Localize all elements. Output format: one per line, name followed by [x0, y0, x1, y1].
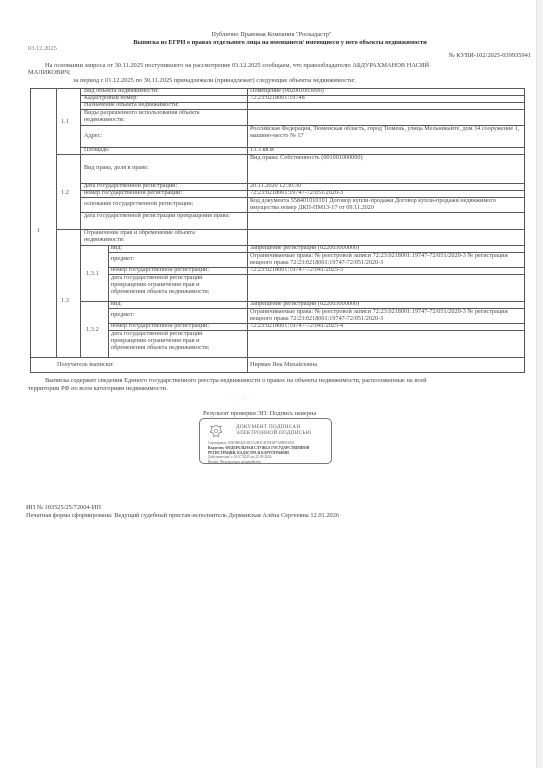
restriction-1-kind-label: вид:	[111, 245, 245, 252]
restrictions-header: Ограничение прав и обременение объекта н…	[84, 230, 234, 244]
electronic-signature-stamp: ДОКУМЕНТ ПОДПИСАН ЭЛЕКТРОННОЙ ПОДПИСЬЮ С…	[199, 418, 332, 464]
restriction-2-kind-value: Запрещение регистрации (022003000000)	[250, 301, 522, 308]
restriction-1-subject-value: Ограничиваемые права: № реестровой запис…	[250, 253, 522, 267]
document-date: 03.12.2025	[28, 45, 57, 52]
section-1-3-2: 1.3.2	[86, 326, 99, 333]
stamp-title-2: ЭЛЕКТРОННОЙ ПОДПИСЬЮ	[236, 430, 311, 436]
enforcement-case-number: ИП № 103525/25/72004-ИП	[26, 504, 101, 511]
stamp-certificate: Сертификат: 00E5B8A0C8F1A2B3C4D5E6F7A8B9…	[208, 441, 295, 445]
restriction-2-number-value: 72:23:0218001:19747-72/041/2025-4	[250, 323, 522, 330]
scan-artifact: · ˙ ‚ ∴ · ˙·	[230, 395, 253, 402]
address-value: Российская Федерация, Тюменская область,…	[250, 126, 522, 140]
restriction-1-subject-label: предмет:	[111, 256, 245, 263]
reg-date-label: дата государственной регистрации:	[84, 183, 244, 190]
address-label: Адрес:	[84, 133, 244, 140]
stamp-owner-2: РЕГИСТРАЦИИ, КАДАСТРА И КАРТОГРАФИИ	[208, 451, 289, 455]
intro-line-3: за период с 01.12.2025 по 30.11.2025 при…	[73, 77, 355, 84]
coat-of-arms-icon	[209, 424, 223, 438]
section-1-3-1: 1.3.1	[86, 270, 99, 277]
cadastral-value: 72:23:0218001:19748	[250, 95, 522, 102]
restriction-2-kind-label: вид:	[111, 301, 245, 308]
restriction-2-number-label: номер государственной регистрации:	[111, 323, 245, 330]
printed-by: Печатная форма сформирована: Ведущий суд…	[26, 512, 339, 519]
restriction-1-termination-label: дата государственной регистрации прекращ…	[111, 275, 231, 296]
divider	[80, 88, 81, 357]
basis-label: основание государственной регистрации:	[84, 201, 244, 208]
cadastral-label: Кадастровый номер:	[84, 95, 244, 102]
document-number: № КУВИ-102/2025-039935941	[449, 52, 531, 59]
restriction-1-kind-value: Запрещение регистрации (022003000000)	[250, 245, 522, 252]
organization-name: Публично Правовая Компания "Роскадастр"	[0, 31, 543, 38]
reg-number-value: 72:23:0218001:19747-72/051/2020-3	[250, 190, 522, 197]
intro-line-2: МАЛИКОВИЧ;	[28, 69, 71, 76]
object-type-label: Вид объекта недвижимости:	[84, 88, 244, 95]
stamp-validity: Действителен: с 02.07.2025 по 25.09.2026	[208, 455, 272, 459]
divider	[30, 357, 525, 358]
footer-note-line-1: Выписка содержит сведения Единого госуда…	[45, 377, 427, 384]
intro-line-1: На основании запроса от 30.11.2025 посту…	[45, 62, 429, 69]
section-number: 1	[37, 227, 40, 234]
divider	[56, 88, 57, 357]
section-1-3: 1.3	[61, 297, 69, 304]
section-1-2: 1.2	[61, 189, 69, 196]
object-type-value: Помещение (002001003000)	[250, 88, 522, 95]
footer-note-line-2: территории РФ по всем категориям недвижи…	[28, 385, 168, 392]
permitted-use-label: Виды разрешенного использования объекта …	[84, 110, 234, 124]
restriction-1-number-label: номер государственной регистрации:	[111, 267, 245, 274]
reg-date-value: 20.11.2020 12:30:30	[250, 183, 522, 190]
right-kind-value: Вид права: Собственность (001001000000)	[250, 155, 522, 162]
restriction-1-number-value: 72:23:0218001:19747-72/041/2025-5	[250, 267, 522, 274]
signature-check-result: Результат проверки ЭП: Подпись неверна	[203, 410, 316, 417]
restriction-2-subject-label: предмет:	[111, 312, 245, 319]
restriction-2-termination-label: дата государственной регистрации прекращ…	[111, 331, 231, 352]
recipient-value: Нирман Яна Михайловна	[250, 362, 522, 369]
recipient-label: Получатель выписки:	[57, 362, 237, 369]
section-1-1: 1.1	[61, 118, 69, 125]
right-kind-label: Вид права, доля в праве:	[84, 165, 244, 172]
restriction-2-subject-value: Ограничиваемые права: № реестровой запис…	[250, 309, 522, 323]
basis-value: Код документа 558401010101 Договор купли…	[250, 198, 522, 212]
page-edge	[536, 0, 543, 768]
right-termination-label: дата государственной регистрации прекращ…	[84, 213, 244, 220]
stamp-issuer: Выдан: Федеральное казначейство	[208, 460, 261, 464]
purpose-label: Назначение объекта недвижимости:	[84, 102, 244, 109]
area-value: 13.3 кв.м	[250, 147, 522, 154]
area-label: Площадь:	[84, 147, 244, 154]
document-title: Выписка из ЕГРН о правах отдельного лица…	[40, 39, 520, 46]
stamp-owner-1: Владелец: ФЕДЕРАЛЬНАЯ СЛУЖБА ГОСУДАРСТВЕ…	[208, 446, 309, 450]
reg-number-label: номер государственной регистрации:	[84, 190, 244, 197]
